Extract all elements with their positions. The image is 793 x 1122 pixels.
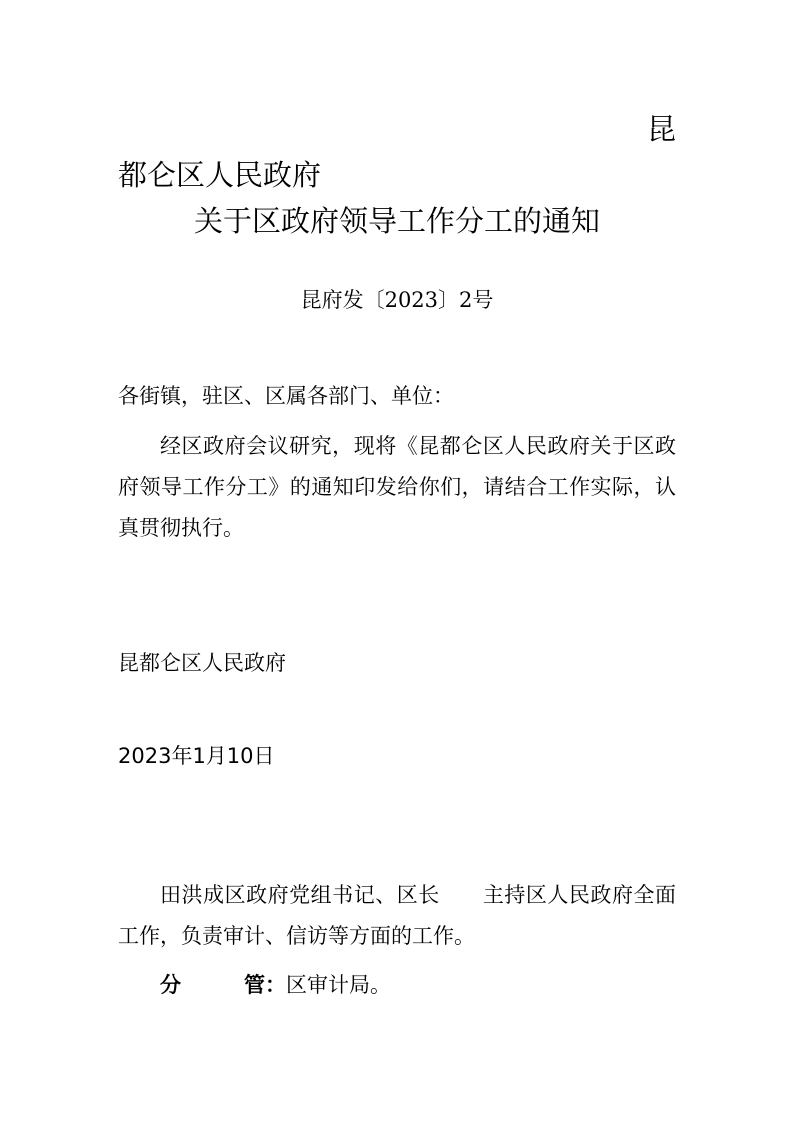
signature-date: 2023年1月10日 — [118, 736, 676, 777]
doc-number-close-bracket: 〕 — [438, 288, 459, 312]
document-page: 昆 都仑区人民政府 关于区政府领导工作分工的通知 昆府发〔2023〕2号 各街镇… — [0, 0, 793, 1122]
doc-number-issue: 2 — [459, 288, 472, 312]
doc-number-prefix: 昆府发〔 — [301, 288, 385, 312]
title-line-1: 昆 — [118, 106, 676, 152]
document-number: 昆府发〔2023〕2号 — [118, 280, 676, 321]
fenguan-label: 分 管： — [160, 973, 286, 997]
fenguan-value: 区审计局。 — [286, 973, 391, 997]
title-line-3: 关于区政府领导工作分工的通知 — [118, 198, 676, 244]
doc-number-year: 2023 — [385, 288, 438, 312]
leader-duty-paragraph: 田洪成区政府党组书记、区长 主持区人民政府全面工作，负责审计、信访等方面的工作。 — [118, 875, 676, 957]
doc-number-suffix: 号 — [472, 288, 493, 312]
fenguan-line: 分 管：区审计局。 — [118, 965, 676, 1006]
signature-authority: 昆都仑区人民政府 — [118, 643, 676, 684]
salutation-line: 各街镇，驻区、区属各部门、单位： — [118, 376, 676, 417]
title-line-2: 都仑区人民政府 — [118, 152, 676, 198]
body-paragraph: 经区政府会议研究，现将《昆都仑区人民政府关于区政府领导工作分工》的通知印发给你们… — [118, 426, 676, 549]
document-title: 昆 都仑区人民政府 关于区政府领导工作分工的通知 — [118, 106, 676, 244]
